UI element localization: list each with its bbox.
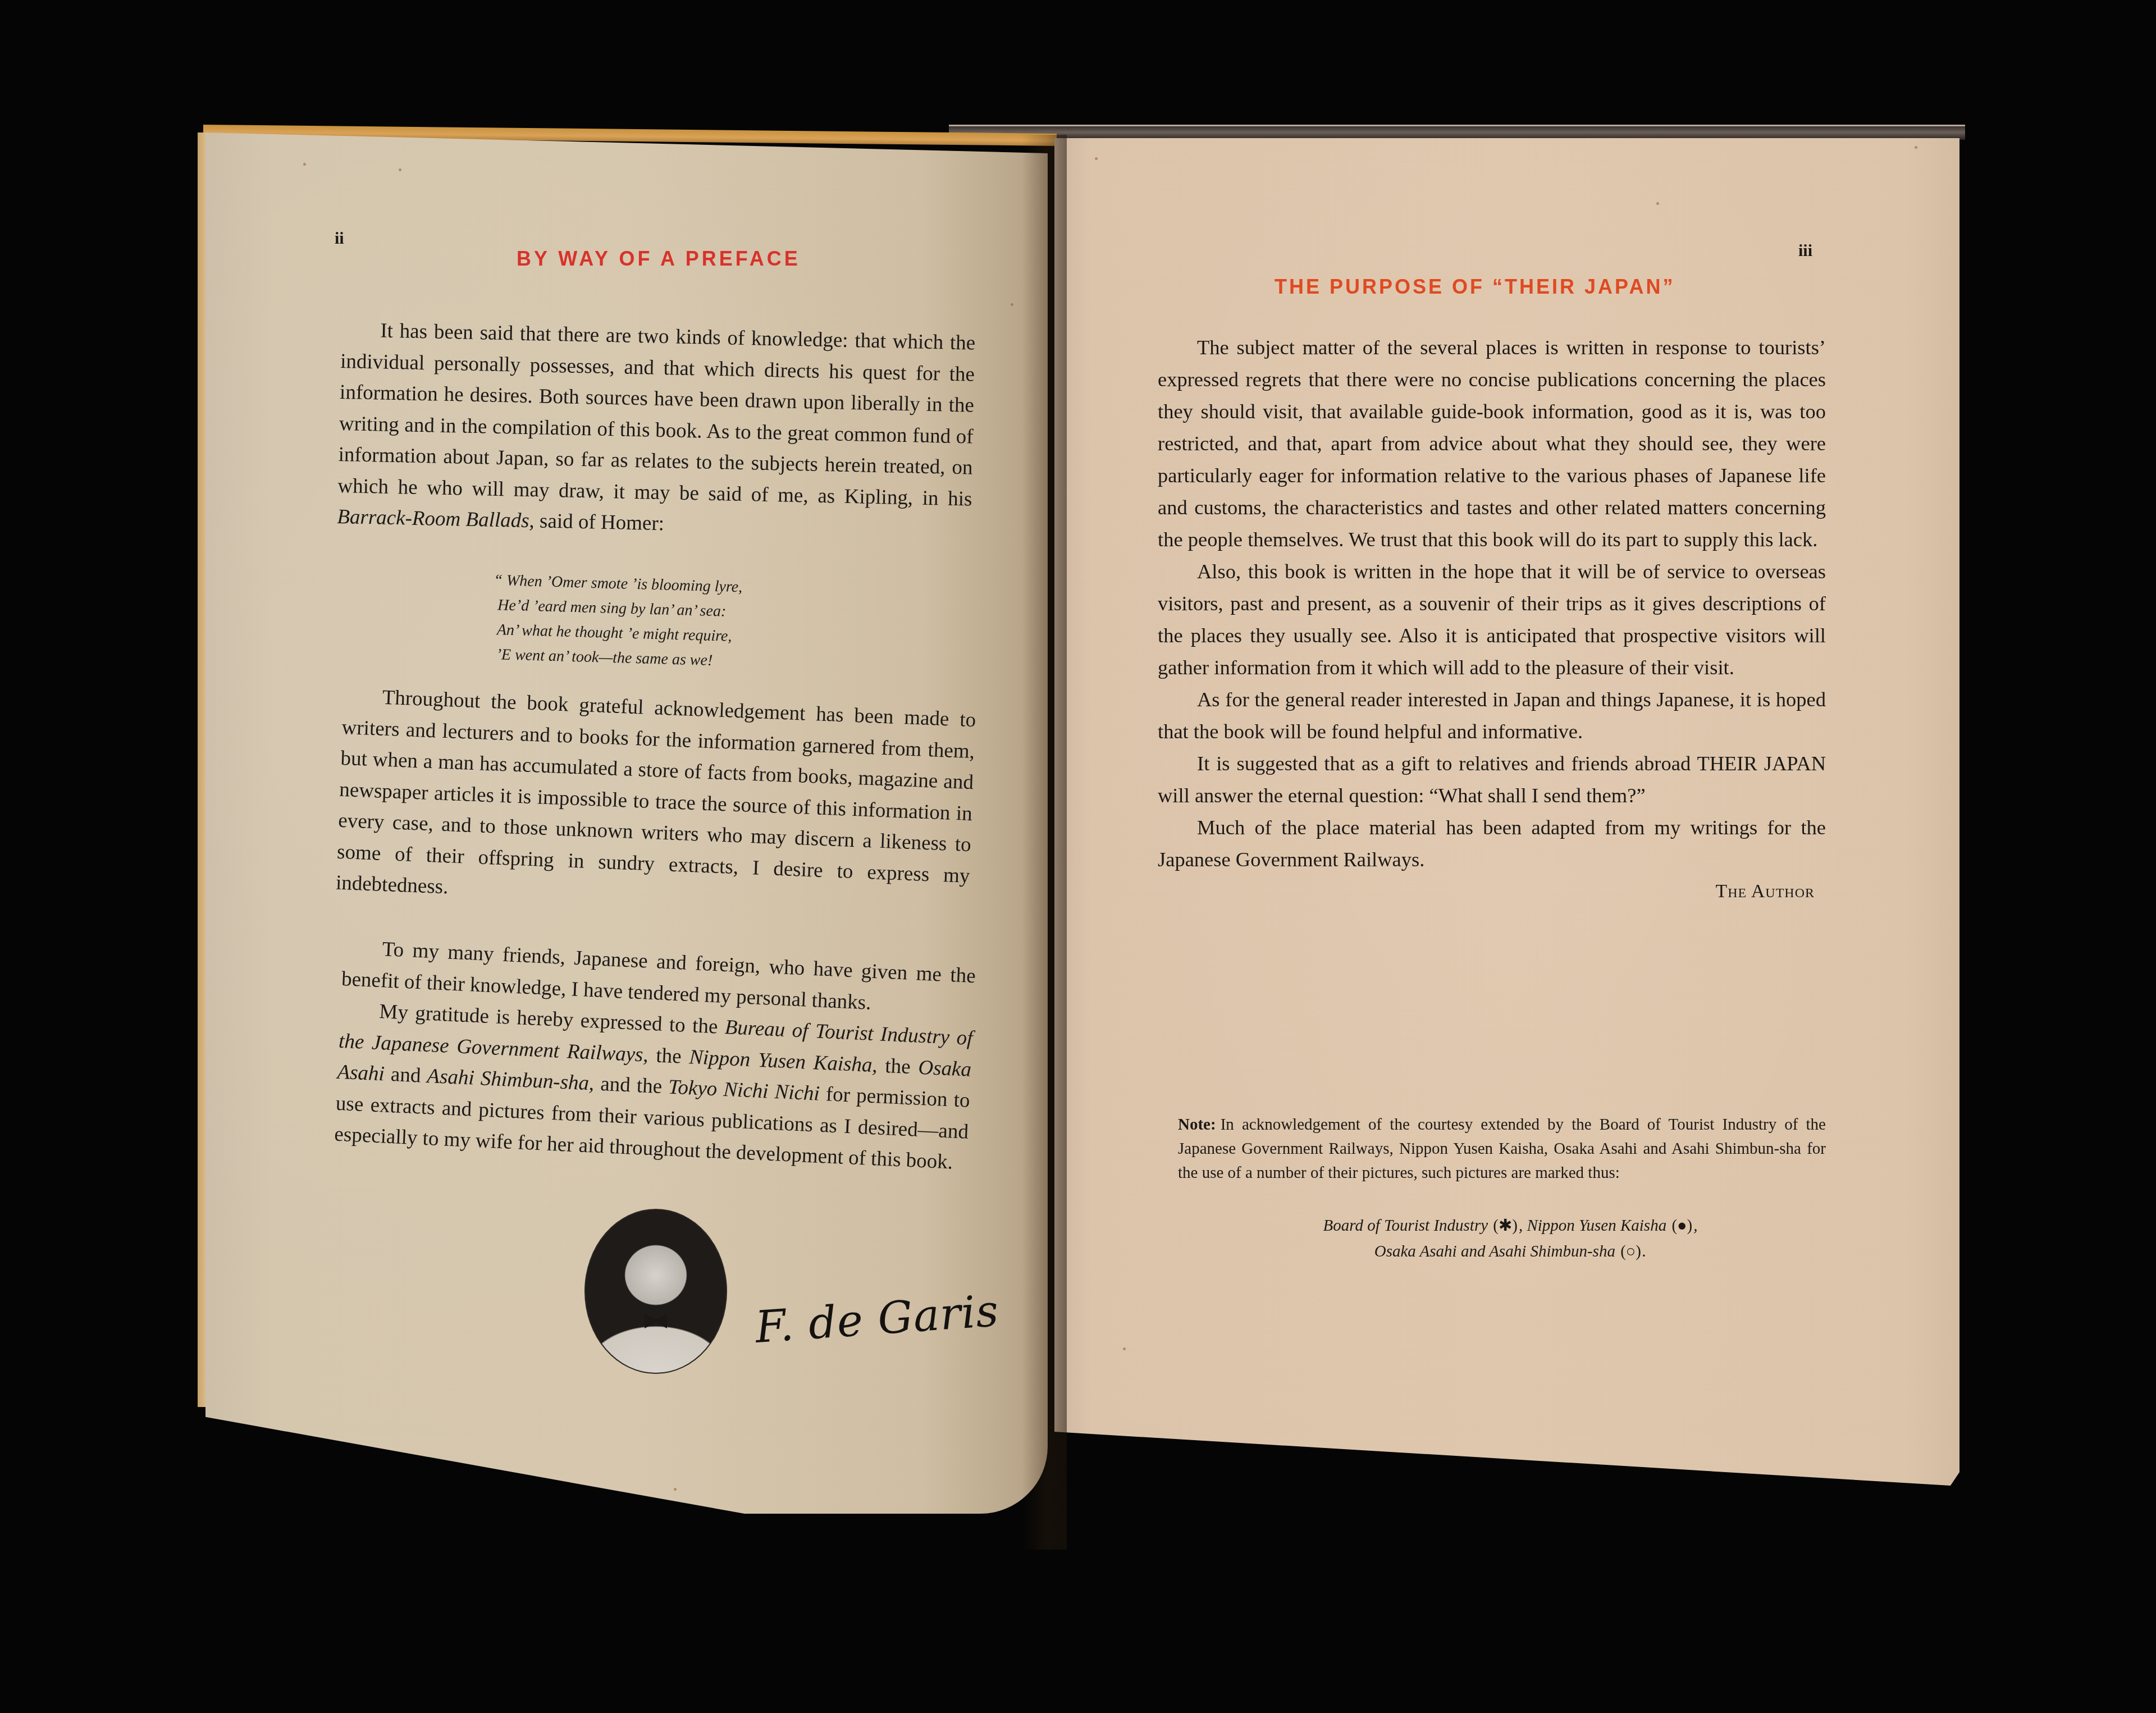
purpose-body: The subject matter of the several places…: [1158, 331, 1826, 907]
preface-paragraphs-2-3: Throughout the book grateful acknowledge…: [335, 680, 976, 923]
author-portrait: [586, 1210, 726, 1373]
kipling-quotation: “ When ’Omer smote ’is blooming lyre, He…: [491, 568, 808, 676]
paragraph-text: and: [384, 1063, 428, 1088]
organization-italic: Nippon Yusen Kaisha,: [689, 1045, 878, 1077]
paper-speck: [303, 163, 306, 166]
open-circle-icon: (○): [1619, 1243, 1642, 1260]
paper-speck: [1915, 146, 1917, 149]
purpose-paragraph-5: Much of the place material has been adap…: [1158, 811, 1826, 875]
page-number-left: ii: [335, 229, 344, 248]
purpose-paragraph-3: As for the general reader interested in …: [1158, 683, 1826, 747]
preface-paragraph-4: My gratitude is hereby expressed to the …: [334, 994, 973, 1178]
preface-paragraphs-3-4: To my many friends, Japanese and foreign…: [334, 932, 976, 1178]
paragraph-text: said of Homer:: [534, 509, 664, 535]
paper-speck: [674, 1488, 677, 1491]
paper-speck: [1123, 1347, 1126, 1350]
paper-speck: [399, 168, 401, 171]
organization-italic: Asahi Shimbun-sha,: [427, 1065, 595, 1095]
paragraph-text: the: [877, 1054, 919, 1079]
paragraph-text: the: [648, 1043, 690, 1068]
preface-paragraph-2: Throughout the book grateful acknowledge…: [335, 680, 976, 923]
book-cover-top-edge: [949, 125, 1965, 140]
legend-source: Osaka Asahi and Asahi Shimbun-sha: [1374, 1243, 1615, 1260]
bow-tie-shape: [645, 1314, 667, 1328]
paragraph-text: and the: [593, 1072, 669, 1099]
author-signoff: The Author: [1158, 875, 1826, 907]
legend-source: Board of Tourist Industry: [1323, 1217, 1488, 1235]
asterisk-icon: (✱): [1492, 1217, 1519, 1235]
open-book: ii BY WAY OF A PREFACE It has been said …: [0, 0, 2156, 1713]
paper-speck: [1095, 157, 1098, 160]
legend-source: Nippon Yusen Kaisha: [1527, 1217, 1666, 1235]
purpose-title: THE PURPOSE OF “THEIR JAPAN”: [1275, 275, 1675, 299]
paper-speck: [1011, 303, 1013, 306]
picture-credit-note: Note:In acknowledgement of the courtesy …: [1178, 1113, 1826, 1185]
picture-marks-legend: Board of Tourist Industry (✱), Nippon Yu…: [1213, 1213, 1808, 1264]
organization-italic: Tokyo Nichi Nichi: [668, 1076, 820, 1106]
legend-line-1: Board of Tourist Industry (✱), Nippon Yu…: [1213, 1213, 1808, 1239]
legend-line-2: Osaka Asahi and Asahi Shimbun-sha (○).: [1213, 1239, 1808, 1264]
paper-speck: [1656, 202, 1659, 205]
spine-gutter: [1022, 135, 1067, 1550]
note-label: Note:: [1178, 1116, 1221, 1134]
paragraph-text: It has been said that there are two kind…: [337, 319, 975, 510]
filled-circle-icon: (●): [1670, 1217, 1693, 1235]
purpose-paragraph-2: Also, this book is written in the hope t…: [1158, 555, 1826, 683]
note-text: In acknowledgement of the courtesy exten…: [1178, 1116, 1826, 1182]
page-number-right: iii: [1798, 241, 1812, 261]
purpose-paragraph-4: It is suggested that as a gift to relati…: [1158, 747, 1826, 811]
purpose-paragraph-1: The subject matter of the several places…: [1158, 331, 1826, 555]
preface-title: BY WAY OF A PREFACE: [517, 247, 801, 271]
book-title-italic: Barrack-Room Ballads,: [337, 505, 535, 532]
preface-paragraph-1: It has been said that there are two kind…: [337, 314, 976, 546]
